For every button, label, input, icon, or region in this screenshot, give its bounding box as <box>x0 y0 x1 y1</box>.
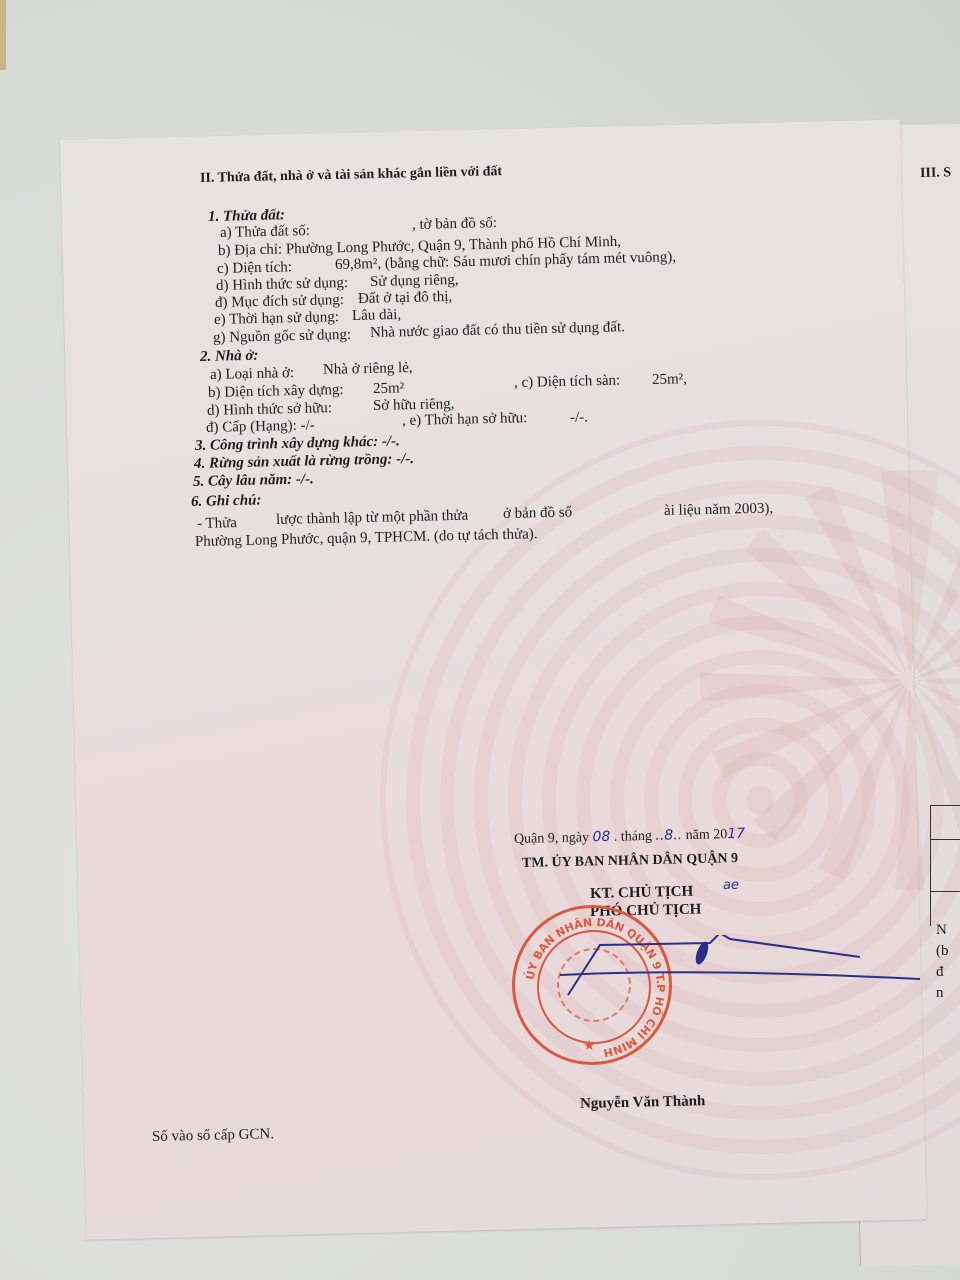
right-fragment: (b <box>936 941 949 962</box>
notes-line1-d: ài liệu năm 2003), <box>664 500 774 520</box>
house-build-area-value: 25m² <box>373 379 405 398</box>
section-iii-title: III. S <box>920 164 952 183</box>
right-fragment: đ <box>936 962 949 983</box>
house-heading: 2. Nhà ở: <box>200 347 259 366</box>
right-fragment: n <box>936 983 949 1004</box>
perennial-trees: 5. Cây lâu năm: -/-. <box>193 470 314 491</box>
date-day: 08 <box>592 829 610 845</box>
signer-role-1: KT. CHỦ TỊCH <box>590 883 694 903</box>
land-parcel-number: a) Thửa đất số: <box>220 222 310 242</box>
date-line: Quận 9, ngày 08 . tháng ..8.. năm 2017 <box>514 825 746 849</box>
land-purpose-value: Đất ở tại đô thị, <box>358 288 453 308</box>
document-content: II. Thửa đất, nhà ở và tài sản khác gắn … <box>0 0 960 1280</box>
house-type-label: a) Loại nhà ở: <box>210 364 295 384</box>
house-floor-area-label: , c) Diện tích sàn: <box>514 372 621 392</box>
notes-line1-c: ở bản đồ số <box>503 503 573 523</box>
land-map-sheet: , tờ bản đồ số: <box>412 214 497 234</box>
right-page-table <box>930 805 960 926</box>
land-term-value: Lâu dài, <box>352 306 402 325</box>
notes-heading: 6. Ghi chú: <box>191 491 262 511</box>
notes-line1-b: lược thành lập từ một phần thửa <box>276 507 469 529</box>
signer-name: Nguyễn Văn Thành <box>580 1092 706 1113</box>
star-icon: ★ <box>583 1038 596 1055</box>
right-fragment: N <box>936 920 949 941</box>
gcn-registry-number: Số vào sổ cấp GCN. <box>152 1125 274 1146</box>
house-type-value: Nhà ở riêng lẻ, <box>323 359 413 379</box>
right-page-text: N (b đ n <box>936 920 949 1004</box>
house-floor-area-value: 25m², <box>652 370 687 389</box>
initials-mark: ae <box>723 877 739 895</box>
month-label: . tháng <box>614 829 652 845</box>
date-year: 17 <box>727 826 745 842</box>
year-label: năm 20 <box>685 827 727 843</box>
house-term-label: , e) Thời hạn sở hữu: <box>402 409 528 430</box>
date-prefix: Quận 9, ngày <box>514 830 589 847</box>
notes-line2: Phường Long Phước, quận 9, TPHCM. (do tự… <box>195 525 538 551</box>
date-month: ..8.. <box>655 827 682 844</box>
table-rule <box>931 891 960 892</box>
table-rule <box>931 839 960 840</box>
handwritten-signature <box>560 935 920 1025</box>
section-ii-title: II. Thửa đất, nhà ở và tài sản khác gắn … <box>200 163 503 188</box>
issuing-org: TM. ỦY BAN NHÂN DÂN QUẬN 9 <box>522 850 738 873</box>
land-origin-label: g) Nguồn gốc sử dụng: <box>213 326 351 347</box>
notes-line1-a: - Thửa <box>197 514 237 533</box>
house-term-value: -/-. <box>570 409 588 427</box>
land-origin-value: Nhà nước giao đất có thu tiền sử dụng đấ… <box>370 318 625 342</box>
